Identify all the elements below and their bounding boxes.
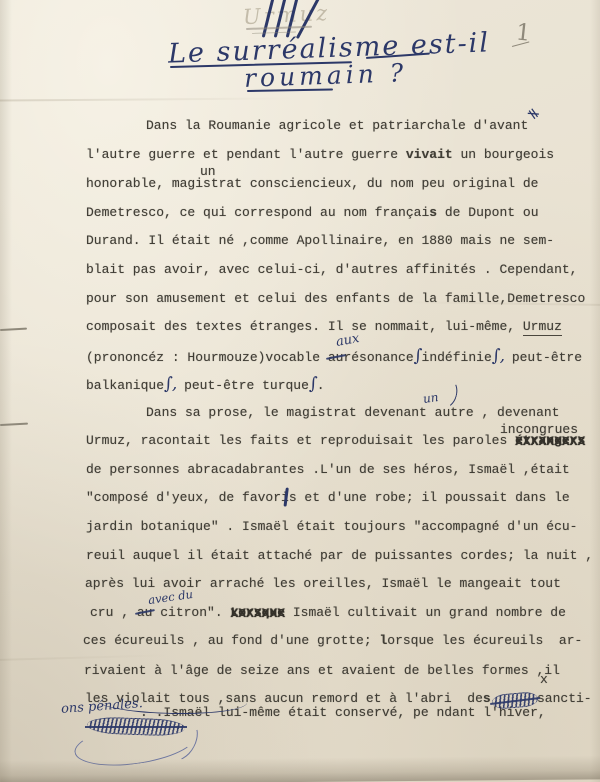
typed-line: reuil auquel il était attaché par de pui…	[86, 549, 593, 563]
crossed-out-word: Urmuz	[242, 1, 330, 30]
typed-line: balkanique∫, peut-être turque∫.	[86, 377, 325, 393]
paper-edge-shadow	[0, 0, 12, 782]
typed-line: Durand. Il était né ,comme Apollinaire, …	[86, 234, 554, 248]
paper-bottom-edge	[0, 755, 600, 782]
paper-edge-shadow	[590, 0, 600, 782]
typed-line: Demetresco, ce qui correspond au nom fra…	[86, 206, 539, 220]
typed-over-word: étrangersXXXXXXXXX	[515, 434, 585, 448]
typed-line: Dans la Roumanie agricole et patriarchal…	[146, 119, 528, 133]
paper-crease	[0, 653, 210, 661]
typed-line: pour son amusement et celui des enfants …	[86, 292, 585, 306]
typed-line: ces écureuils , au fond d'une grotte; lo…	[83, 634, 582, 648]
paper-crease	[0, 97, 420, 102]
correction-ons-penales: ons pénales.	[61, 696, 144, 717]
typed-line: Urmuz, racontait les faits et reproduisa…	[86, 434, 585, 448]
typed-line: après lui avoir arraché les oreilles, Is…	[85, 577, 561, 591]
typed-line: "composé d'yeux, de favoris et d'une rob…	[86, 491, 570, 505]
typed-line: de personnes abracadabrantes .L'un de se…	[86, 463, 570, 477]
margin-dash-1	[0, 328, 27, 331]
typed-over-word: LorsqueXXXXXXX	[230, 606, 285, 620]
handwritten-plural-s: ∫,	[164, 374, 176, 394]
typed-line: honorable, magistrat consciencieux, du n…	[86, 177, 538, 191]
handwritten-plural-s: ∫	[414, 346, 422, 366]
typed-line: x	[540, 673, 548, 687]
typed-line: jardin botanique" . Ismaël était toujour…	[86, 520, 577, 534]
typed-line: (prononcéz : Hourmouze)vocable aurésonan…	[86, 349, 582, 365]
handwritten-strikethrough: au	[328, 350, 344, 365]
typed-line: cru , au citron". LorsqueXXXXXXX Ismaël …	[90, 606, 566, 620]
typed-line: sancti-	[537, 692, 592, 706]
typed-line: blait pas avoir, avec celui-ci, d'autres…	[86, 263, 577, 277]
handwritten-strikethrough: au	[137, 605, 153, 620]
typed-line: Dans sa prose, le magistrat devenant aut…	[146, 406, 559, 420]
handwritten-plural-s: ∫,	[492, 346, 504, 366]
typed-line: rivaient à l'âge de seize ans et avaient…	[84, 664, 560, 678]
margin-dash-2	[0, 423, 28, 427]
typed-line: l'autre guerre et pendant l'autre guerre…	[86, 148, 554, 162]
manuscript-page: Urmuz Le surréalisme est-il roumain ? 1 …	[0, 0, 600, 782]
title-underline-roumain	[247, 88, 333, 91]
handwritten-plural-s: ∫	[309, 374, 317, 394]
correction-aux: aux	[335, 331, 361, 350]
typed-line: composait des textes étranges. Il se nom…	[86, 320, 562, 334]
